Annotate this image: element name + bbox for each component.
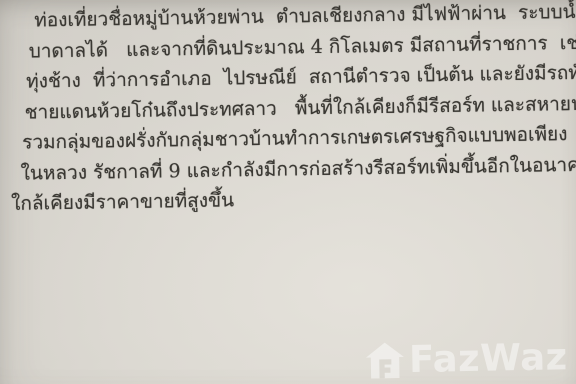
paragraph: ท่องเที่ยวชื่อหมู่บ้านห้วยพ่าน ตำบลเชียง… [0, 0, 576, 219]
watermark-brand-text: FazWaz [409, 335, 568, 381]
watermark: FazWaz [364, 335, 568, 382]
document-photo: ท่องเที่ยวชื่อหมู่บ้านห้วยพ่าน ตำบลเชียง… [0, 0, 576, 384]
fazwaz-house-icon [364, 339, 407, 382]
